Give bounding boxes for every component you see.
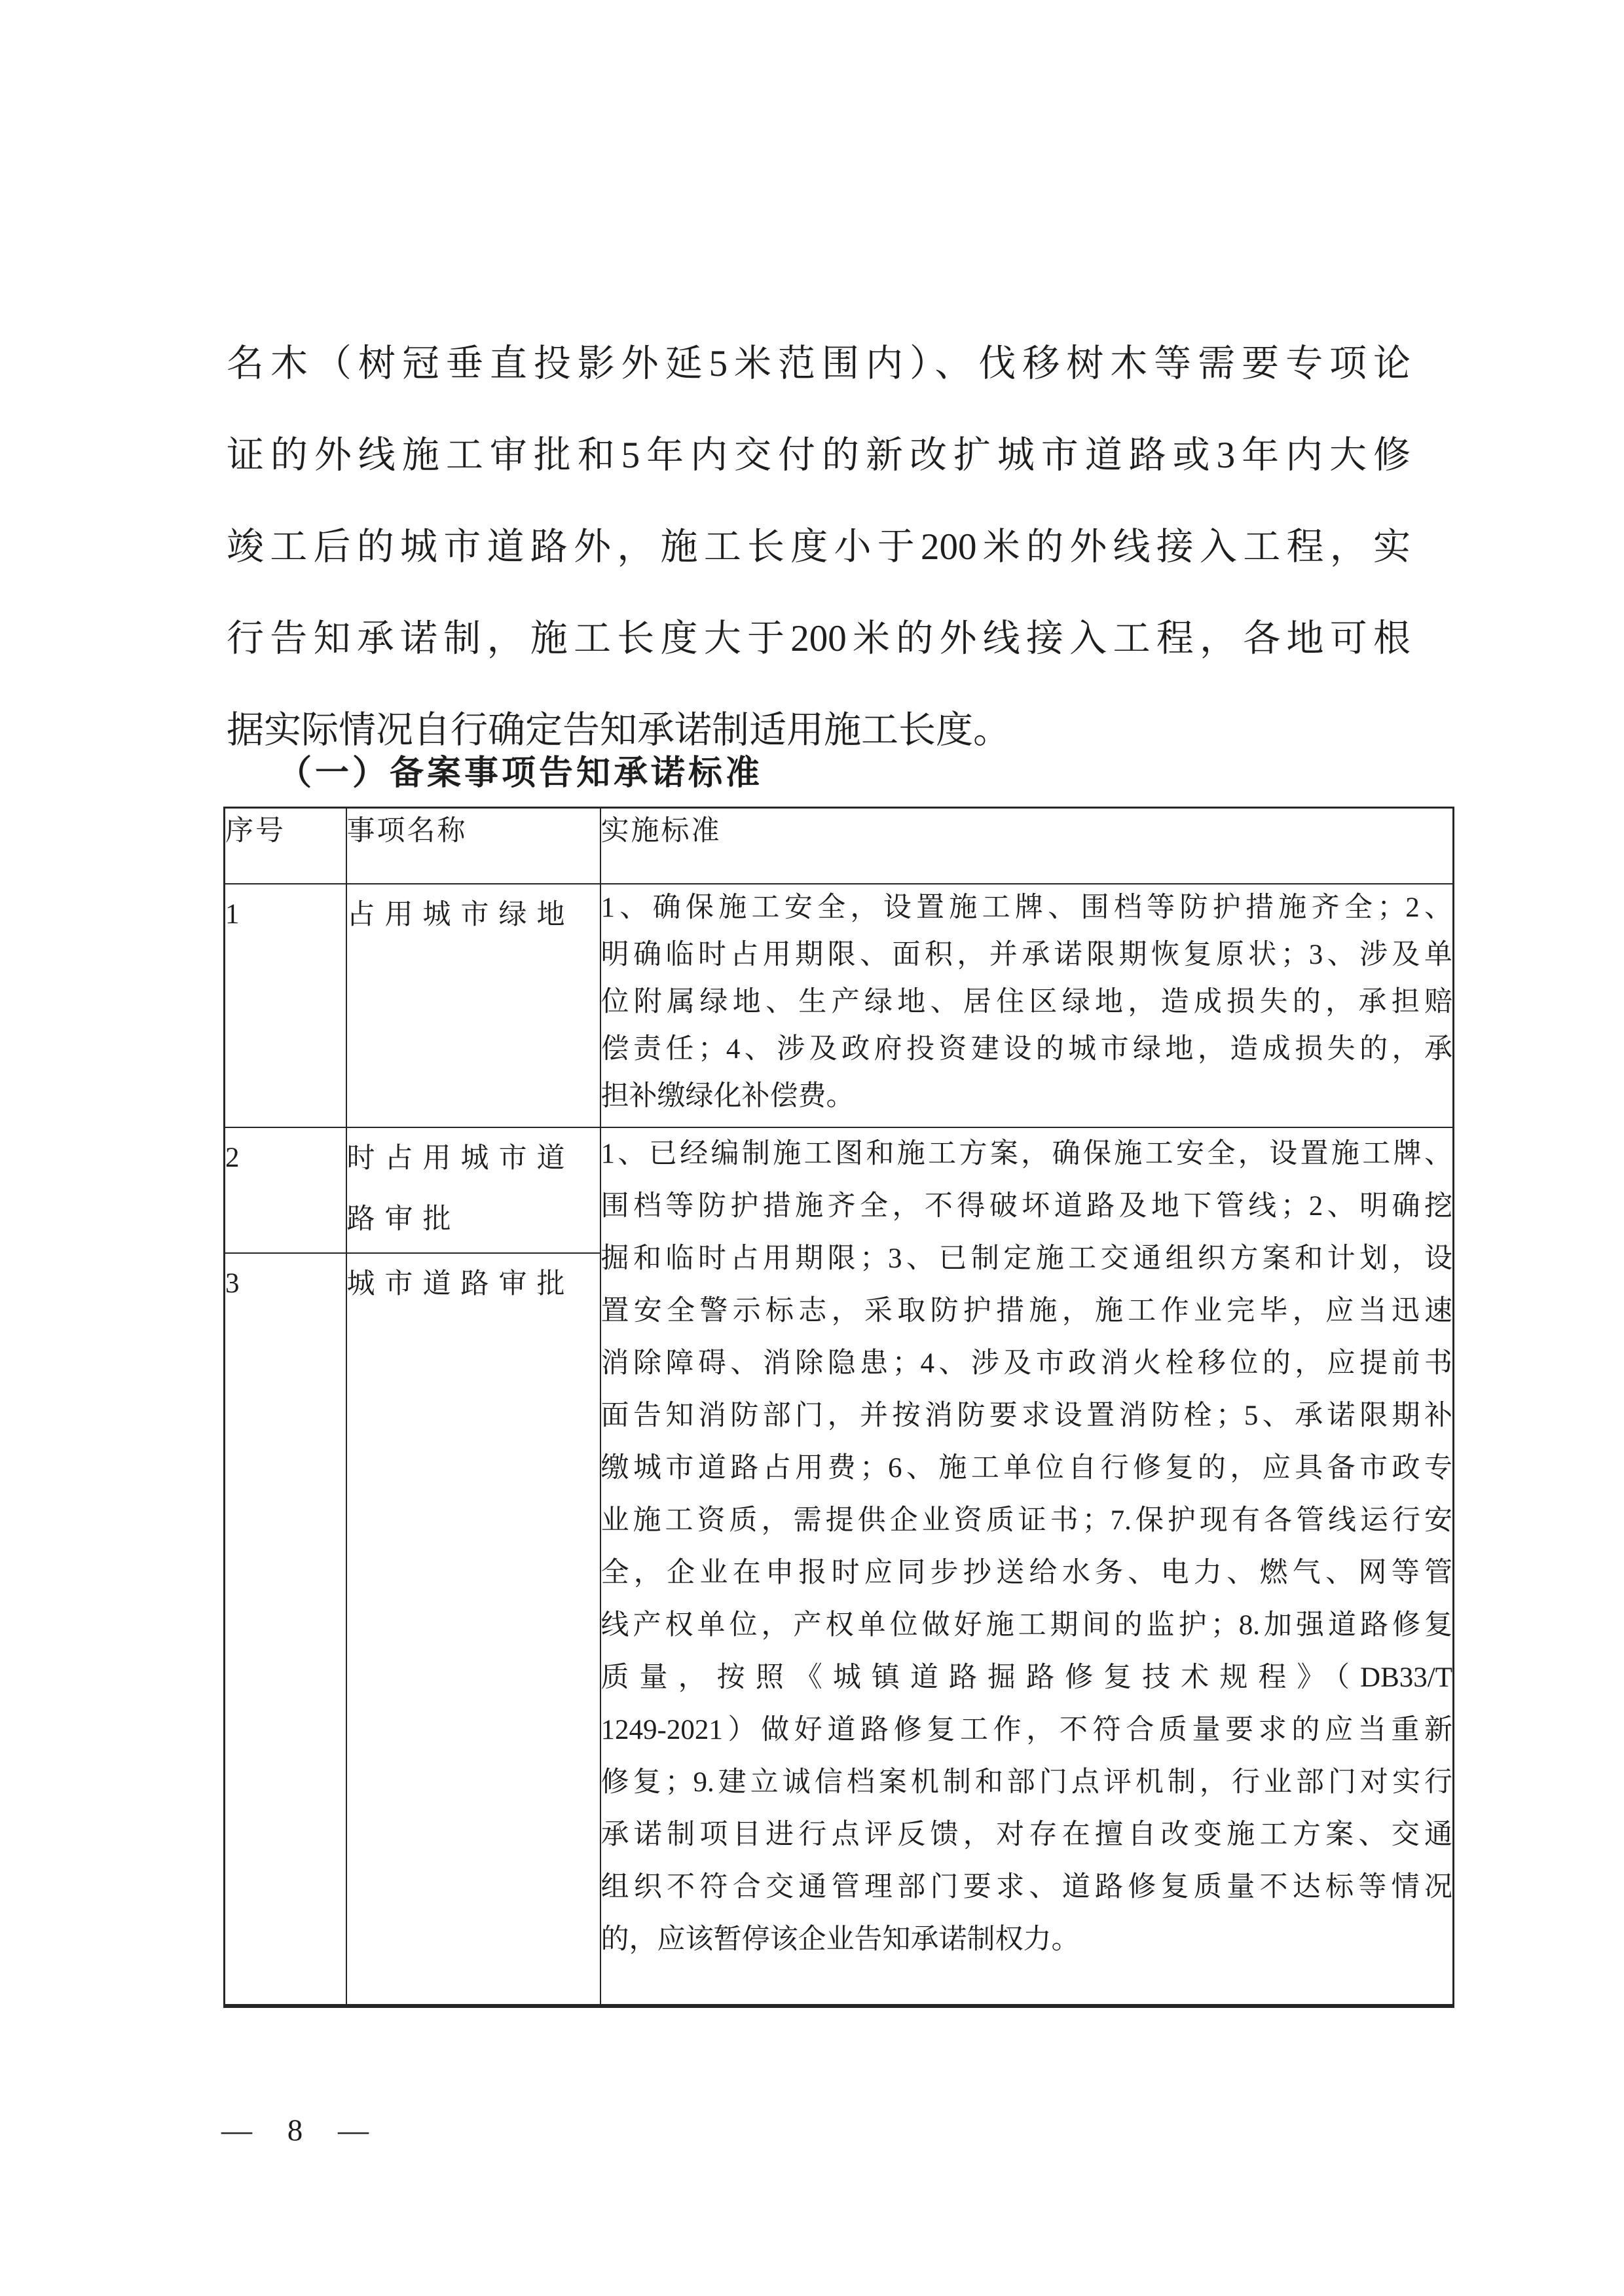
- table-row: 1 占用城市绿地 1、确保施工安全，设置施工牌、围档等防护措施齐全；2、 明确临…: [225, 884, 1454, 1127]
- row-number-cell: 3: [225, 1253, 346, 2006]
- standard-line: 修复；9.建立诚信档案机制和部门点评机制，行业部门对实行: [601, 1757, 1453, 1809]
- standard-line: 位附属绿地、生产绿地、居住区绿地，造成损失的，承担赔: [601, 979, 1453, 1026]
- standard-line: 置安全警示标志，采取防护措施，施工作业完毕，应当迅速: [601, 1285, 1453, 1338]
- row-number-cell: 1: [225, 884, 346, 1127]
- standard-line: 的，应该暂停该企业告知承诺制权力。: [601, 1914, 1453, 1966]
- row-number-cell: 2: [225, 1127, 346, 1253]
- standard-line: 消除障碍、消除隐患；4、涉及市政消火栓移位的，应提前书: [601, 1338, 1453, 1390]
- page-number: — 8 —: [221, 2109, 382, 2151]
- standard-line: 业施工资质，需提供企业资质证书；7.保护现有各管线运行安: [601, 1495, 1453, 1547]
- paragraph-line: 行告知承诺制，施工长度大于200米的外线接入工程，各地可根: [227, 593, 1411, 685]
- standard-line: 1249-2021）做好道路修复工作，不符合质量要求的应当重新: [601, 1704, 1453, 1757]
- standard-line: 质量，按照《城镇道路掘路修复技术规程》（DB33/T: [601, 1652, 1453, 1704]
- header-cell-number: 序号: [225, 808, 346, 884]
- standard-line: 承诺制项目进行点评反馈，对存在擅自改变施工方案、交通: [601, 1809, 1453, 1861]
- standard-line: 线产权单位，产权单位做好施工期间的监护；8.加强道路修复: [601, 1599, 1453, 1652]
- standard-line: 明确临时占用期限、面积，并承诺限期恢复原状；3、涉及单: [601, 932, 1453, 979]
- table-header-row: 序号 事项名称 实施标准: [225, 808, 1454, 884]
- item-name-cell: 占用城市绿地: [346, 884, 600, 1127]
- item-name-cell: 时占用城市道路审批: [346, 1127, 600, 1253]
- standard-line: 面告知消防部门，并按消防要求设置消防栓；5、承诺限期补: [601, 1390, 1453, 1442]
- standard-line: 偿责任；4、涉及政府投资建设的城市绿地，造成损失的，承: [601, 1026, 1453, 1073]
- paragraph-line: 名木（树冠垂直投影外延5米范围内）、伐移树木等需要专项论: [227, 318, 1411, 410]
- standards-table: 序号 事项名称 实施标准 1 占用城市绿地 1、确保施工安全，设置施工牌、围档等…: [223, 807, 1454, 2008]
- header-cell-item-name: 事项名称: [346, 808, 600, 884]
- standard-line: 组织不符合交通管理部门要求、道路修复质量不达标等情况: [601, 1861, 1453, 1914]
- standard-cell-merged: 1、已经编制施工图和施工方案，确保施工安全，设置施工牌、 围档等防护措施齐全，不…: [600, 1127, 1454, 2006]
- standard-line: 围档等防护措施齐全，不得破坏道路及地下管线；2、明确挖: [601, 1180, 1453, 1233]
- standard-line: 全，企业在申报时应同步抄送给水务、电力、燃气、网等管: [601, 1547, 1453, 1599]
- item-name-cell: 城市道路审批: [346, 1253, 600, 2006]
- table-row: 2 时占用城市道路审批 1、已经编制施工图和施工方案，确保施工安全，设置施工牌、…: [225, 1127, 1454, 1253]
- body-paragraph: 名木（树冠垂直投影外延5米范围内）、伐移树木等需要专项论 证的外线施工审批和5年…: [227, 318, 1411, 776]
- standard-line: 缴城市道路占用费；6、施工单位自行修复的，应具备市政专: [601, 1442, 1453, 1495]
- standard-line: 1、确保施工安全，设置施工牌、围档等防护措施齐全；2、: [601, 884, 1453, 932]
- standard-line: 掘和临时占用期限；3、已制定施工交通组织方案和计划，设: [601, 1233, 1453, 1285]
- header-cell-standard: 实施标准: [600, 808, 1454, 884]
- paragraph-line: 竣工后的城市道路外，施工长度小于200米的外线接入工程，实: [227, 501, 1411, 593]
- standard-cell: 1、确保施工安全，设置施工牌、围档等防护措施齐全；2、 明确临时占用期限、面积，…: [600, 884, 1454, 1127]
- paragraph-line: 证的外线施工审批和5年内交付的新改扩城市道路或3年内大修: [227, 410, 1411, 501]
- section-heading: （一）备案事项告知承诺标准: [278, 753, 763, 795]
- standard-line: 担补缴绿化补偿费。: [601, 1073, 1453, 1120]
- document-page: 名木（树冠垂直投影外延5米范围内）、伐移树木等需要专项论 证的外线施工审批和5年…: [0, 0, 1624, 2296]
- standard-line: 1、已经编制施工图和施工方案，确保施工安全，设置施工牌、: [601, 1128, 1453, 1180]
